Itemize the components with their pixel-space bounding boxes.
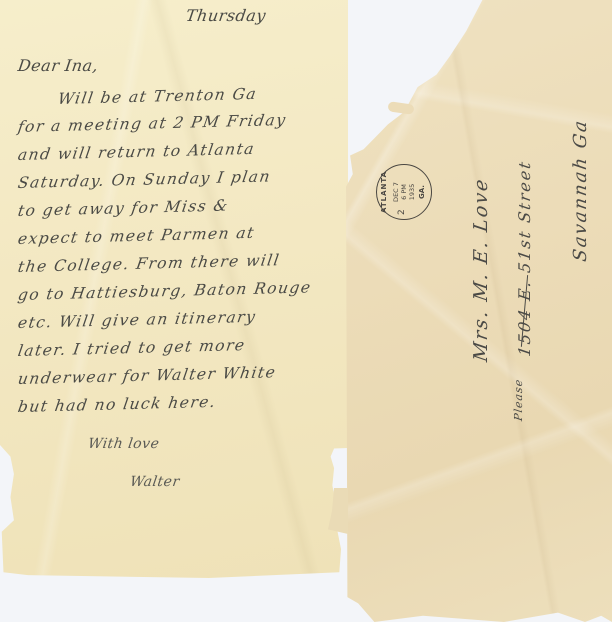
letter-line: Saturday. On Sunday I plan bbox=[17, 167, 273, 192]
letter-line: the College. From there will bbox=[17, 251, 282, 276]
letter-line: and will return to Atlanta bbox=[17, 140, 257, 164]
recipient-name: Mrs. M. E. Love bbox=[470, 176, 492, 363]
letter-salutation: Dear Ina, bbox=[17, 56, 100, 75]
letter-line: for a meeting at 2 PM Friday bbox=[17, 111, 288, 136]
recipient-city: Savannah Ga bbox=[570, 118, 591, 263]
letter-line: go to Hattiesburg, Baton Rouge bbox=[17, 278, 313, 304]
letter-signature: Walter bbox=[129, 474, 181, 490]
letter-line: later. I tried to get more bbox=[17, 336, 247, 360]
postmark-year: 1935 bbox=[408, 165, 416, 219]
postmark-number: 2 bbox=[397, 209, 407, 215]
envelope-note: Please bbox=[512, 378, 525, 422]
recipient-street: 1504 E. 51st Street bbox=[515, 159, 534, 358]
letter-line: to get away for Miss & bbox=[17, 197, 230, 220]
postmark-state: GA. bbox=[418, 165, 426, 219]
letter-line: underwear for Walter White bbox=[17, 363, 278, 388]
letter-day: Thursday bbox=[185, 6, 268, 25]
letter-line: Will be at Trenton Ga bbox=[57, 85, 259, 108]
scanned-document: Thursday Dear Ina, Will be at Trenton Ga… bbox=[0, 0, 612, 622]
letter-closing: With love bbox=[87, 436, 161, 452]
letter-line: but had no luck here. bbox=[17, 393, 218, 416]
letter-line: etc. Will give an itinerary bbox=[17, 308, 258, 332]
postmark-city: ATLANTA bbox=[380, 165, 388, 219]
letter-sheet: Thursday Dear Ina, Will be at Trenton Ga… bbox=[0, 0, 348, 578]
postmark-stamp: ATLANTA DEC 7 6 PM 1935 GA. 2 bbox=[376, 164, 432, 220]
letter-line: expect to meet Parmen at bbox=[17, 224, 256, 248]
